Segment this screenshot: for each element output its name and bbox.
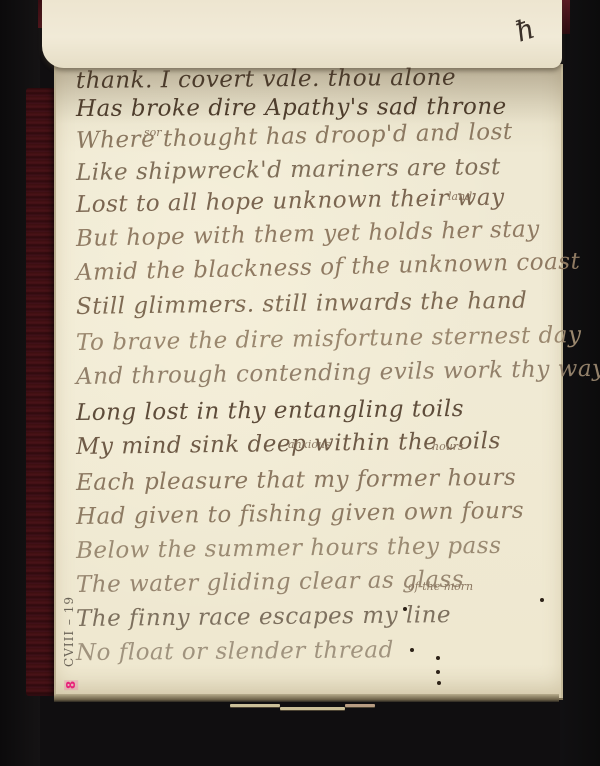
pink-folio-stamp: 8 [64,680,78,690]
archive-inventory-number: CVIII – 19 [62,596,76,667]
clasp-bar [280,707,345,710]
manuscript-line: Each pleasure that my former hours [76,465,517,496]
page-bottom-edge [54,694,559,702]
clasp-bar [230,704,280,707]
manuscript-line: The finny race escapes my line [76,602,451,632]
manuscript-line: The water gliding clear as glass [76,567,464,598]
manuscript-line: thank. I covert vale. thou alone [76,65,456,94]
ink-blot [540,598,544,602]
ink-blot [410,648,414,652]
clasp-bar [345,704,375,707]
ink-blot [403,607,407,611]
interlinear-insertion: hours [432,440,464,453]
manuscript-line: Has broke dire Apathy's sad throne [76,94,507,122]
manuscript-line: Long lost in thy entangling toils [76,396,464,426]
background-right [560,0,600,766]
folded-page-flap [42,0,562,68]
ink-blot [437,681,441,685]
interlinear-insertion: land [448,190,472,203]
interlinear-insertion: sor [144,126,162,139]
scan-stage: ħ thank. I covert vale. thou aloneHas br… [0,0,600,766]
ink-blot [436,656,440,660]
manuscript-line: Below the summer hours they pass [76,533,502,564]
interlinear-insertion: of the morn [408,580,473,593]
ink-blot [436,670,440,674]
interlinear-insertion: anxious [288,438,331,451]
manuscript-line: No float or slender thread [76,637,394,666]
notebook-clasp [230,702,375,712]
notebook-spine [26,88,56,696]
